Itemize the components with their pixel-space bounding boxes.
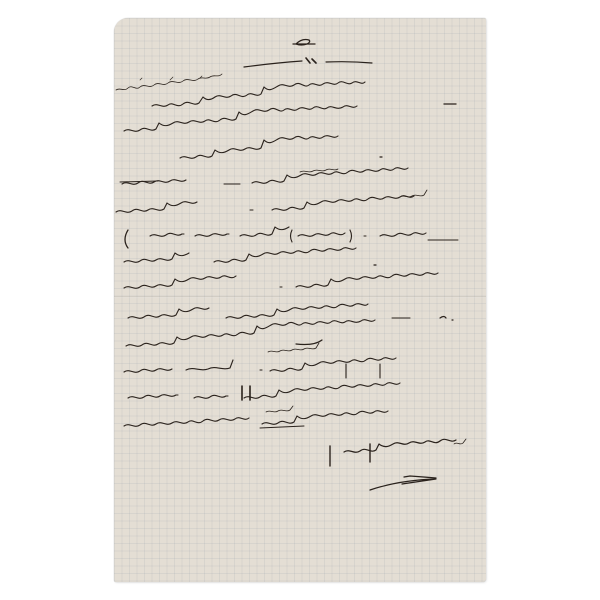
signature bbox=[370, 476, 436, 490]
text-line-4 bbox=[120, 168, 408, 185]
text-line-13 bbox=[124, 406, 388, 428]
text-line-closing bbox=[330, 439, 466, 466]
text-line-8 bbox=[124, 273, 438, 289]
text-line-5 bbox=[116, 190, 427, 212]
text-line-10 bbox=[126, 320, 375, 347]
page-number bbox=[244, 58, 372, 67]
text-line-6 bbox=[125, 227, 458, 248]
header-top-mark bbox=[293, 40, 315, 46]
text-line-2 bbox=[124, 106, 357, 132]
text-line-3 bbox=[180, 136, 382, 159]
text-line-1 bbox=[152, 82, 456, 107]
text-line-9 bbox=[128, 304, 453, 320]
text-line-12 bbox=[128, 383, 400, 400]
text-line-7 bbox=[124, 248, 376, 265]
handwriting-layer bbox=[0, 0, 600, 600]
text-line-11 bbox=[124, 343, 396, 378]
margin-note bbox=[116, 74, 222, 90]
